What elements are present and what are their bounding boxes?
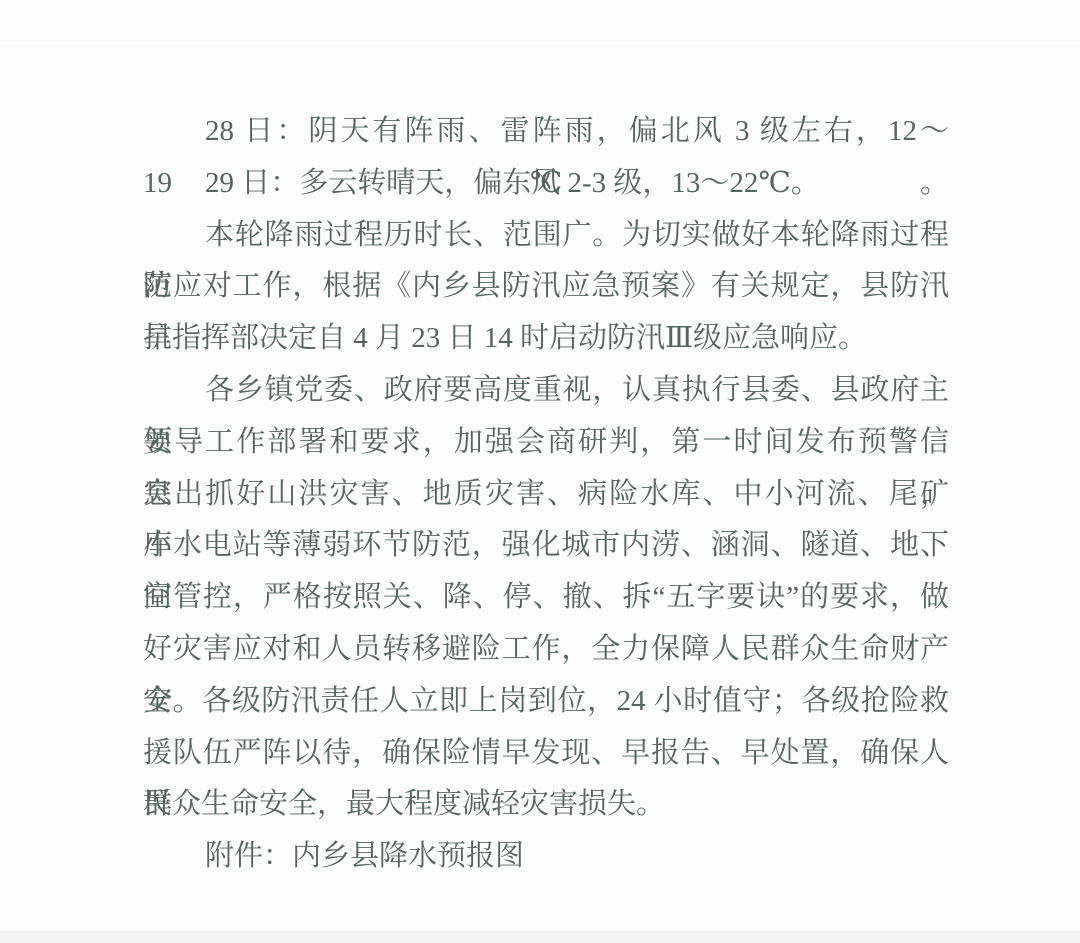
text-line: 小水电站等薄弱环节防范，强化城市内涝、涵洞、隧道、地下空 bbox=[143, 520, 949, 572]
text-line: 本轮降雨过程历时长、范围广。为切实做好本轮降雨过程防 bbox=[143, 210, 949, 262]
document-page: 28 日：阴天有阵雨、雷阵雨，偏北风 3 级左右，12～19℃。 29 日：多云… bbox=[0, 0, 1080, 943]
text-line: 援队伍严阵以待，确保险情早发现、早报告、早处置，确保人民 bbox=[143, 728, 949, 780]
text-line: 好灾害应对和人员转移避险工作，全力保障人民群众生命财产安 bbox=[143, 624, 949, 676]
text-line: 群众生命安全，最大程度减轻灾害损失。 bbox=[143, 779, 949, 831]
text-line: 范应对工作，根据《内乡县防汛应急预案》有关规定，县防汛抗 bbox=[143, 261, 949, 313]
text-line-attachment: 附件：内乡县降水预报图 bbox=[143, 831, 949, 883]
scan-artifact-line bbox=[0, 40, 1080, 41]
text-line: 间管控，严格按照关、降、停、撤、拆“五字要诀”的要求，做 bbox=[143, 572, 949, 624]
text-line: 领导工作部署和要求，加强会商研判，第一时间发布预警信息， bbox=[143, 417, 949, 469]
text-line: 各乡镇党委、政府要高度重视，认真执行县委、县政府主要 bbox=[143, 365, 949, 417]
text-line-forecast-day28: 28 日：阴天有阵雨、雷阵雨，偏北风 3 级左右，12～19℃。 bbox=[143, 106, 949, 158]
text-line: 旱指挥部决定自 4 月 23 日 14 时启动防汛Ⅲ级应急响应。 bbox=[143, 313, 949, 365]
text-line: 突出抓好山洪灾害、地质灾害、病险水库、中小河流、尾矿库、 bbox=[143, 469, 949, 521]
document-text-block: 28 日：阴天有阵雨、雷阵雨，偏北风 3 级左右，12～19℃。 29 日：多云… bbox=[143, 106, 949, 883]
text-line: 全。各级防汛责任人立即上岗到位，24 小时值守；各级抢险救 bbox=[143, 676, 949, 728]
scan-artifact-band bbox=[0, 931, 1080, 943]
